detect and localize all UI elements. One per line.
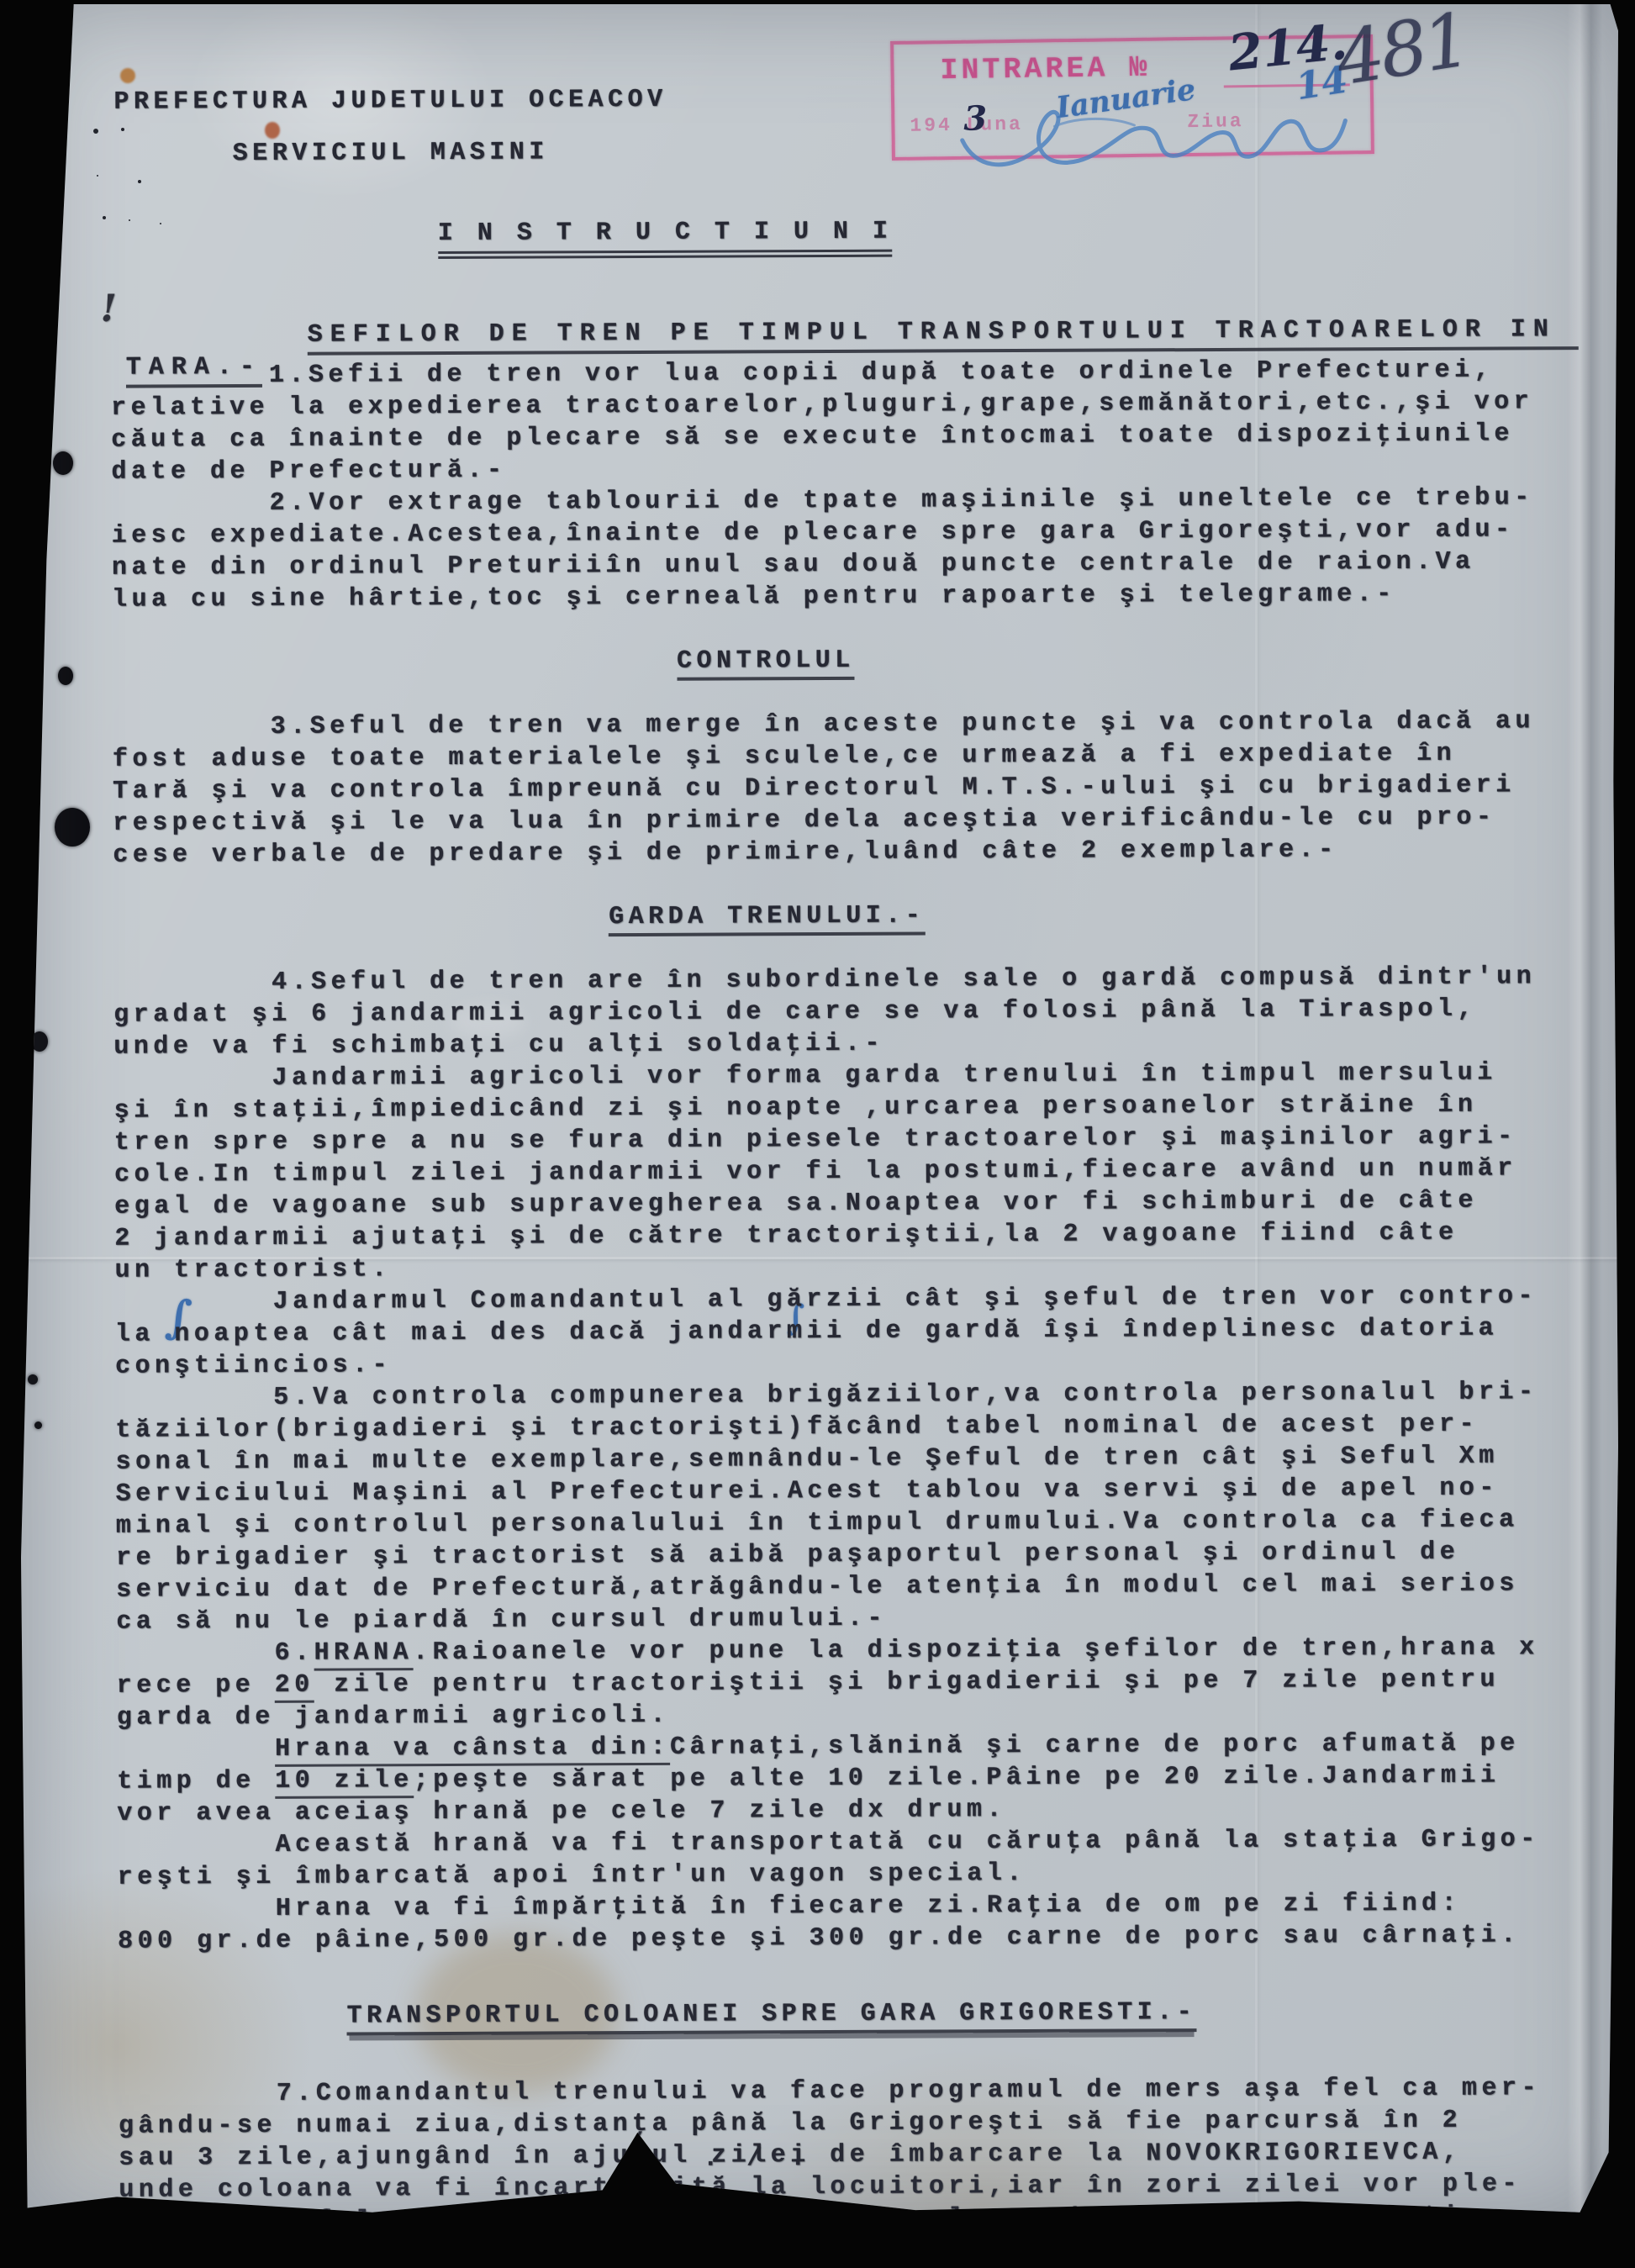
paragraph-6b: Hrana va cânsta din:Cârnaţi,slănină şi c… bbox=[117, 1727, 1603, 1830]
letterhead: PREFECTURA JUDETULUI OCEACOV SERVICIUL M… bbox=[113, 74, 667, 181]
paper-sheet: INTRAREA № 214. 194 Luna Ziua 3 Ianuarie… bbox=[21, 4, 1618, 2223]
paragraph-6d: Hrana va fi împărţită în fiecare zi.Raţi… bbox=[118, 1887, 1604, 1958]
page-number-mark: . / . bbox=[119, 2140, 1396, 2178]
letterhead-institution: PREFECTURA JUDETULUI OCEACOV bbox=[113, 74, 667, 129]
document-scan: INTRAREA № 214. 194 Luna Ziua 3 Ianuarie… bbox=[0, 0, 1635, 2268]
letterhead-department: SERVICIUL MASINI bbox=[114, 126, 667, 181]
section-heading-control: CONTROLUL bbox=[112, 611, 1221, 712]
ink-specks bbox=[93, 129, 98, 134]
ink-speck-stain bbox=[28, 1374, 38, 1385]
paragraph-5: 5.Va controla compunerea brigăziilor,va … bbox=[115, 1376, 1602, 1638]
punch-hole-stain bbox=[55, 808, 90, 847]
paragraph-1: 1.Sefii de tren vor lua copii după toate… bbox=[111, 354, 1598, 488]
document-body: 1.Sefii de tren vor lua copii după toate… bbox=[111, 354, 1606, 2268]
margin-exclamation-mark: ! bbox=[100, 293, 116, 325]
paragraph-4a: 4.Seful de tren are în subordinele sale … bbox=[113, 961, 1600, 1063]
underlined-quantity-10-zile: 10 zile bbox=[275, 1766, 414, 1799]
section-heading-transport: TRANSPORTUL COLOANEI SPRE GARA GRIGOREST… bbox=[118, 1965, 1227, 2065]
document-title-text: I N S T R U C T I U N I bbox=[438, 218, 893, 259]
section-heading-garda: GARDA TRENULUI.- bbox=[113, 867, 1222, 968]
paragraph-4b: Jandarmii agricoli vor forma garda trenu… bbox=[113, 1057, 1601, 1287]
typed-content: ! ∫ ∫ PREFECTURA JUDETULUI OCEACOV SERVI… bbox=[109, 4, 1606, 2230]
document-title: I N S T R U C T I U N I bbox=[110, 214, 1220, 251]
ink-blot-stain bbox=[58, 667, 73, 685]
paragraph-2: 2.Vor extrage tablourii de tpate maşiini… bbox=[111, 482, 1598, 616]
underlined-word-hrana: HRANA bbox=[314, 1638, 414, 1671]
ink-blot-stain bbox=[31, 1031, 48, 1052]
paragraph-6: 6.HRANA.Raioanele vor pune la dispoziţia… bbox=[116, 1632, 1602, 1734]
ink-blot-stain bbox=[53, 451, 73, 475]
underlined-quantity-20: 20 bbox=[275, 1671, 314, 1703]
underlined-lead-hrana-consta: Hrana va cânsta din: bbox=[275, 1733, 670, 1767]
paragraph-4c: Jandarmul Comandantul al gărzii cât şi ş… bbox=[115, 1280, 1601, 1383]
paragraph-3: 3.Seful de tren va merge în aceste punct… bbox=[113, 705, 1600, 872]
paragraph-6c: Această hrană va fi transportată cu căru… bbox=[117, 1823, 1603, 1894]
ink-speck-stain bbox=[34, 1421, 42, 1429]
